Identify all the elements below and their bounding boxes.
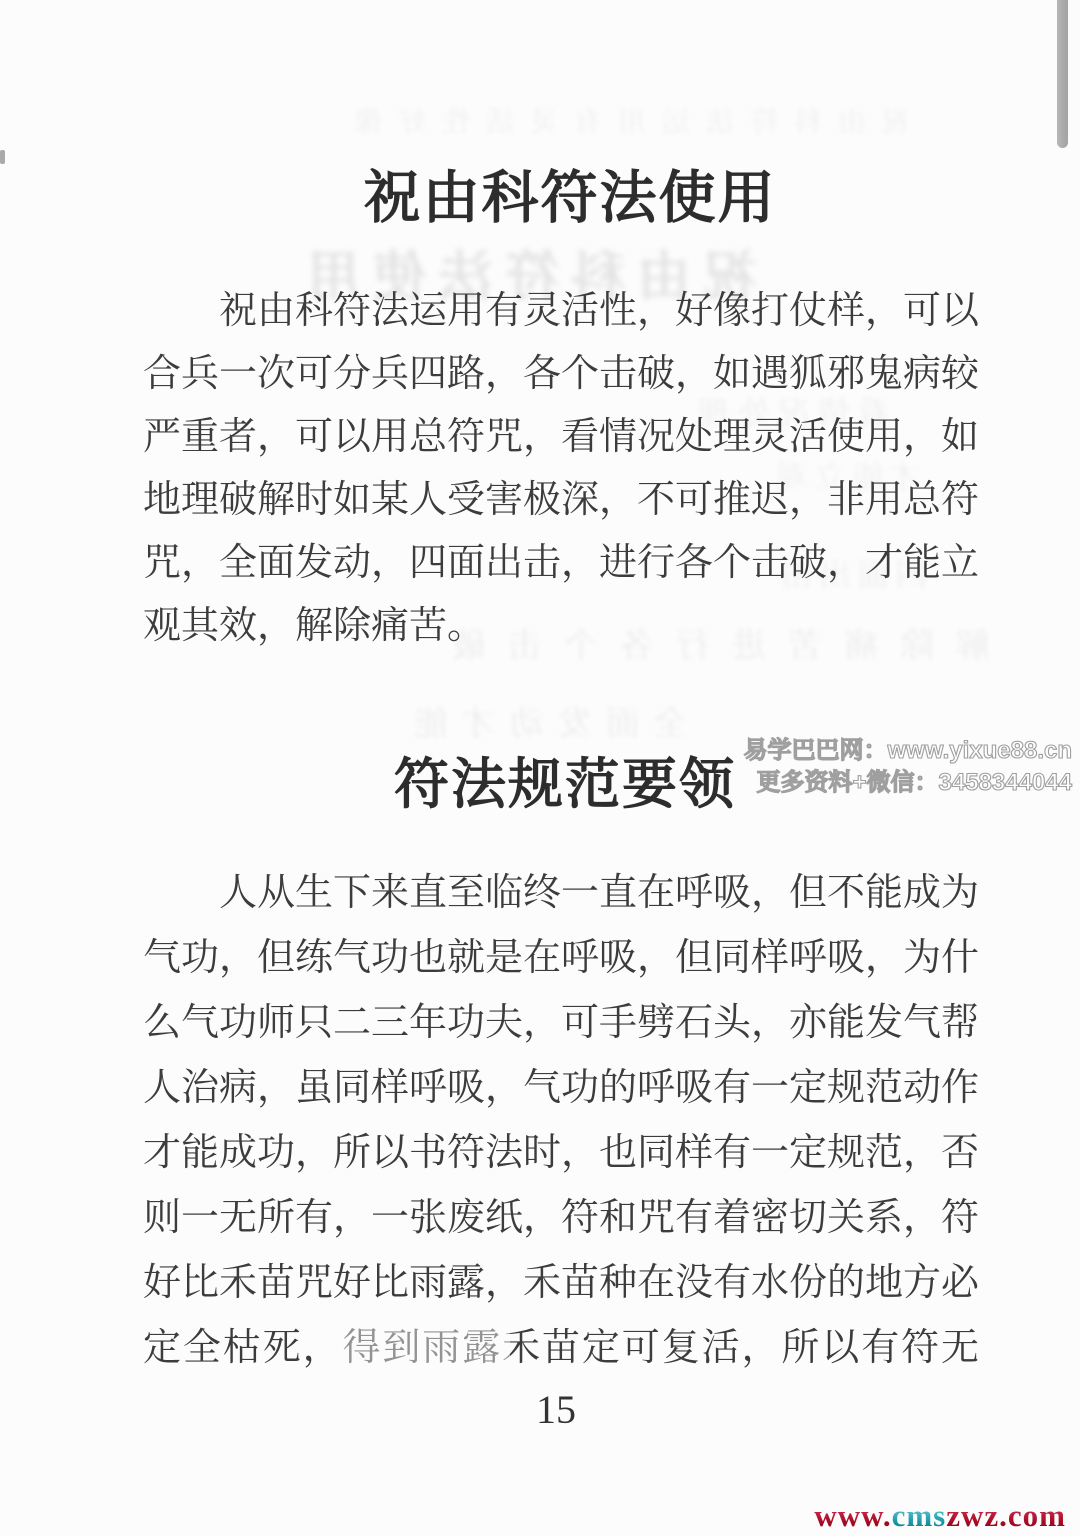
watermark-site-url: www.cmszwz.com — [814, 1499, 1066, 1533]
scan-speck — [0, 150, 5, 164]
text-line: 祝由科符法运用有灵活性，好像打仗样，可以 — [143, 280, 979, 343]
text-line: 则一无所有，一张废纸，符和咒有着密切关系，符 — [143, 1186, 979, 1251]
bleedthrough-ghost: 祝由科符法运用有灵活性好像 — [230, 100, 910, 140]
watermark-yixue-line2: 更多资料+微信：3458344044 — [743, 767, 1072, 799]
section-title-1: 祝由科符法使用 — [60, 152, 1080, 234]
page-number: 15 — [0, 1386, 1080, 1433]
watermark-yixue: 易学巴巴网：www.yixue88.cn 更多资料+微信：3458344044 — [743, 735, 1072, 799]
text-line: 严重者，可以用总符咒，看情况处理灵活使用，如 — [143, 406, 979, 469]
scrollbar-thumb[interactable] — [1057, 0, 1068, 148]
watermark-yixue-line1: 易学巴巴网：www.yixue88.cn — [743, 735, 1072, 767]
text-line: 咒，全面发动，四面出击，进行各个击破，才能立 — [143, 532, 979, 595]
text-line: 么气功师只二三年功夫，可手劈石头，亦能发气帮 — [143, 991, 979, 1056]
watermark-url-www: www. — [814, 1498, 891, 1533]
text-line: 才能成功，所以书符法时，也同样有一定规范，否 — [143, 1121, 979, 1186]
watermark-url-zwzcom: zwz.com — [946, 1498, 1066, 1533]
text-line: 地理破解时如某人受害极深，不可推迟，非用总符 — [143, 469, 979, 532]
scanned-book-page: 祝由科符法运用有灵活性好像 祝由科符法使用 看情况处理 才能立观 四面出击 解除… — [0, 0, 1080, 1536]
text-line: 好比禾苗咒好比雨露，禾苗种在没有水份的地方必 — [143, 1251, 979, 1316]
text-line: 人从生下来直至临终一直在呼吸，但不能成为 — [143, 861, 979, 926]
bleedthrough-ghost: 全面发动才能 — [400, 696, 688, 745]
text-line: 气功，但练气功也就是在呼吸，但同样呼吸，为什 — [143, 926, 979, 991]
paragraph-1: 祝由科符法运用有灵活性，好像打仗样，可以 合兵一次可分兵四路，各个击破，如遇狐邪… — [143, 280, 979, 658]
text-line: 人治病，虽同样呼吸，气功的呼吸有一定规范动作 — [143, 1056, 979, 1121]
text-line: 定全枯死，得到雨露禾苗定可复活，所以有符无 — [143, 1316, 979, 1381]
watermark-url-cms: cms — [892, 1498, 947, 1533]
paragraph-2: 人从生下来直至临终一直在呼吸，但不能成为 气功，但练气功也就是在呼吸，但同样呼吸… — [143, 861, 979, 1381]
text-line: 观其效，解除痛苦。 — [143, 595, 979, 658]
text-line: 合兵一次可分兵四路，各个击破，如遇狐邪鬼病较 — [143, 343, 979, 406]
